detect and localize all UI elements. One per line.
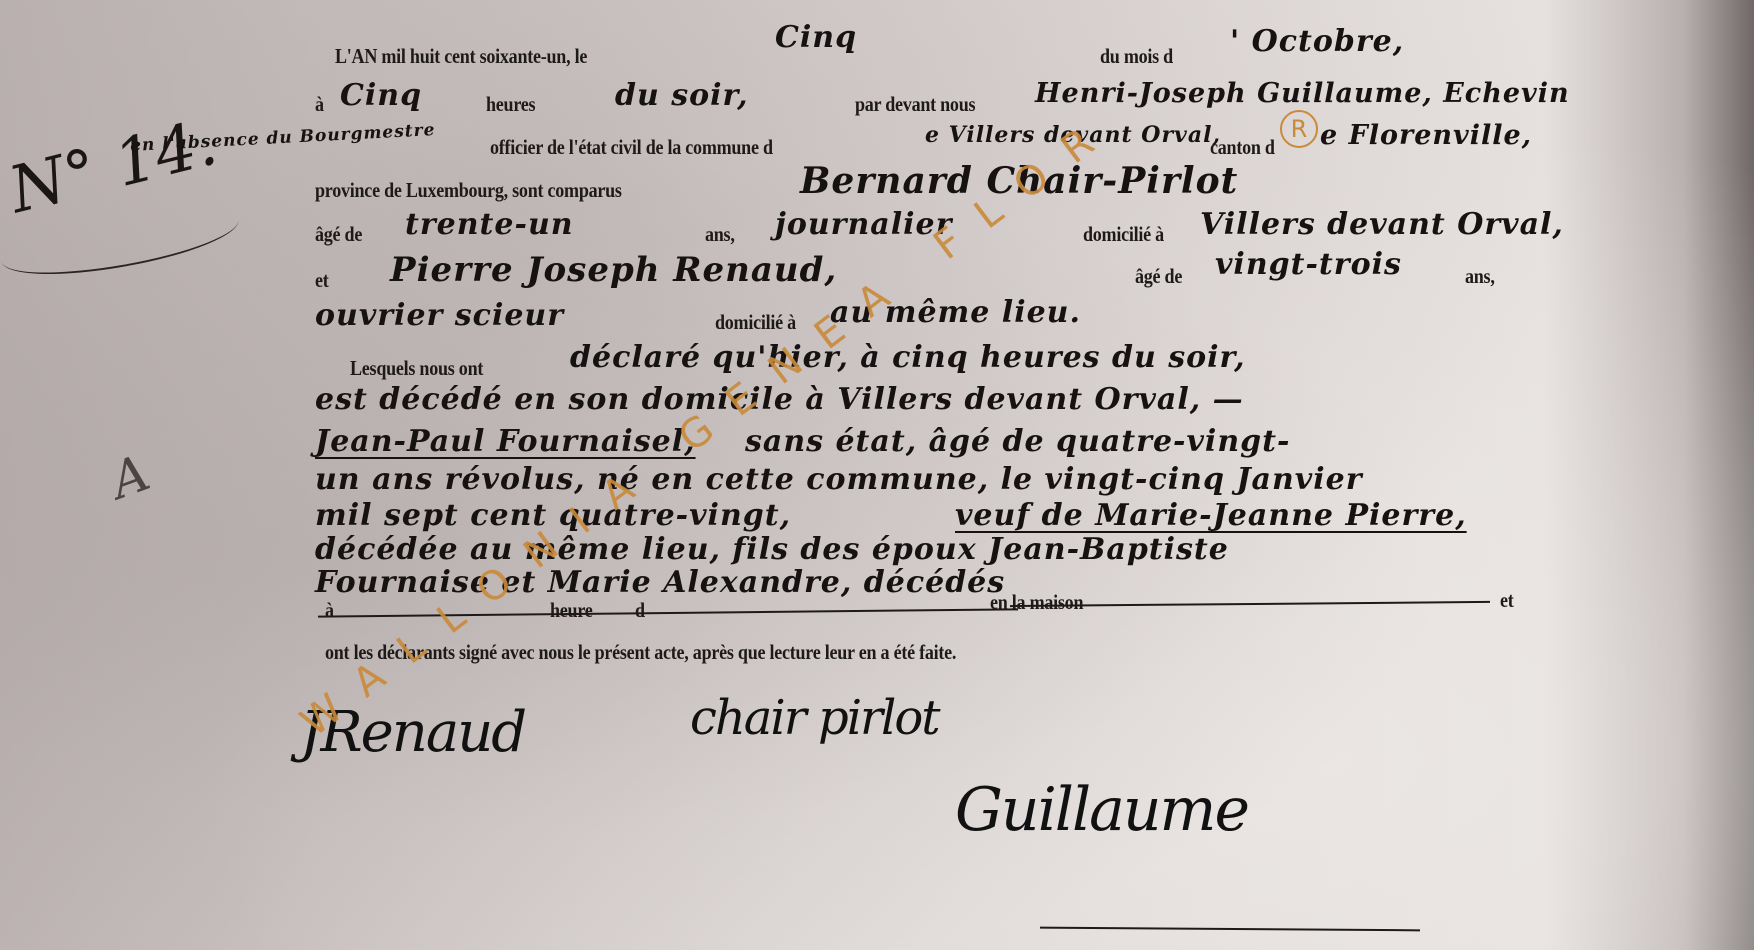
- handwritten-witness1-age: trente-un: [405, 207, 574, 242]
- handwritten-parents-names: Fournaise et Marie Alexandre, décédés: [315, 565, 1005, 600]
- printed-in-the-house: en la maison: [990, 590, 1083, 615]
- printed-years-label-2: ans,: [1465, 264, 1495, 289]
- signature-guillaume: Guillaume: [955, 775, 1248, 845]
- printed-hour: heure: [550, 598, 593, 623]
- handwritten-witness1-residence: Villers devant Orval,: [1200, 207, 1564, 242]
- handwritten-witness2-name: Pierre Joseph Renaud,: [390, 250, 837, 290]
- handwritten-declaration: déclaré qu'hier, à cinq heures du soir,: [570, 340, 1246, 375]
- printed-canton-label: canton d: [1210, 135, 1275, 160]
- handwritten-hour: Cinq: [340, 78, 422, 113]
- printed-age-label-2: âgé de: [1135, 264, 1182, 289]
- handwritten-witness2-age: vingt-trois: [1215, 247, 1402, 282]
- handwritten-widower-of: veuf de Marie-Jeanne Pierre,: [955, 498, 1467, 533]
- printed-province-line: province de Luxembourg, sont comparus: [315, 178, 622, 203]
- handwritten-time: du soir,: [615, 78, 749, 113]
- printed-year-line: L'AN mil huit cent soixante-un, le: [335, 44, 587, 69]
- printed-and-2: et: [1500, 588, 1514, 613]
- printed-domicile-label-2: domicilié à: [715, 310, 796, 335]
- registered-mark-icon: R: [1280, 110, 1318, 148]
- handwritten-parents-line: décédée au même lieu, fils des époux Jea…: [315, 532, 1229, 567]
- handwritten-deceased-birth: un ans révolus, né en cette commune, le …: [315, 462, 1363, 497]
- printed-years-label-1: ans,: [705, 222, 735, 247]
- handwritten-deceased-status: sans état, âgé de quatre-vingt-: [745, 424, 1290, 459]
- handwritten-day: Cinq: [775, 20, 857, 55]
- printed-declared-label: Lesquels nous ont: [350, 356, 483, 381]
- printed-before-us: par devant nous: [855, 92, 975, 117]
- handwritten-officer: Henri-Joseph Guillaume, Echevin: [1035, 78, 1570, 109]
- printed-at: à: [325, 598, 334, 623]
- printed-a: à: [315, 92, 324, 117]
- handwritten-canton: e Florenville,: [1320, 120, 1532, 151]
- printed-officer-line: officier de l'état civil de la commune d: [490, 135, 773, 160]
- printed-month-label: du mois d: [1100, 44, 1173, 69]
- printed-hours-label: heures: [486, 92, 535, 117]
- handwritten-witness2-occupation: ouvrier scieur: [315, 298, 564, 333]
- printed-age-label-1: âgé de: [315, 222, 362, 247]
- printed-domicile-label-1: domicilié à: [1083, 222, 1164, 247]
- printed-and: et: [315, 268, 329, 293]
- signature-chair-pirlot: chair pirlot: [690, 690, 939, 746]
- handwritten-month: ' Octobre,: [1230, 24, 1404, 59]
- printed-d: d: [635, 598, 645, 623]
